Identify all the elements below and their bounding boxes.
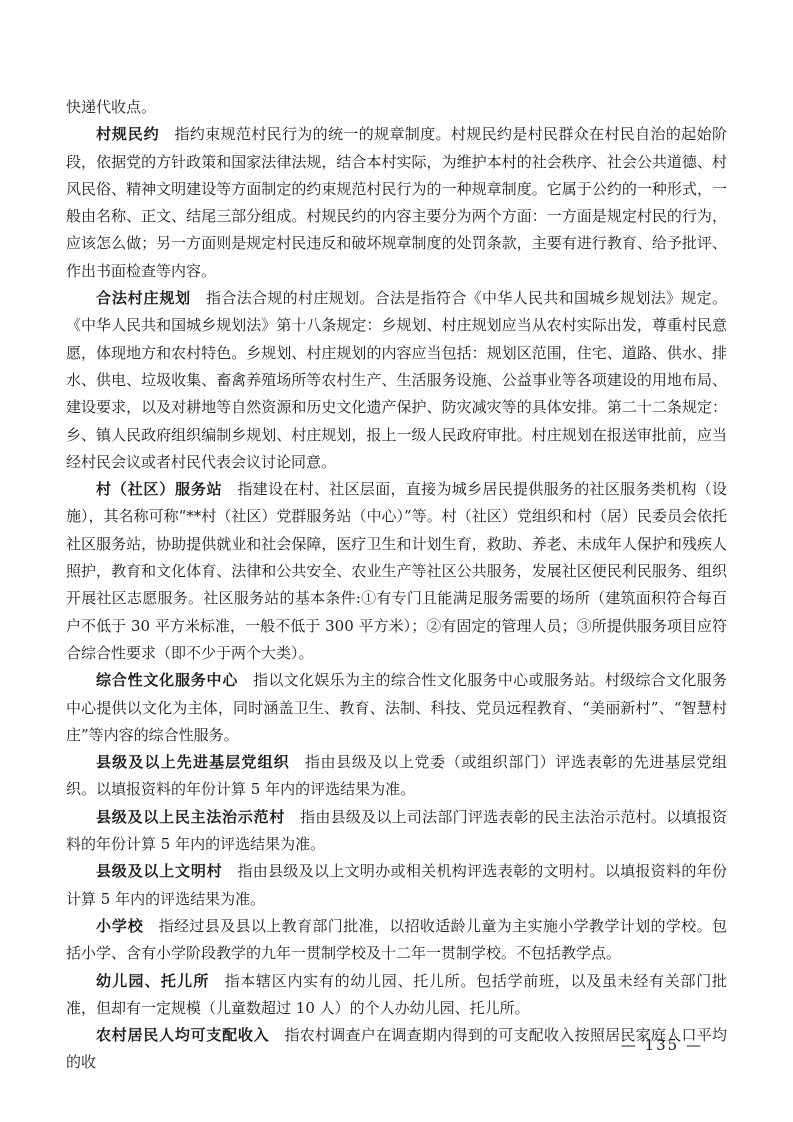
definition-paragraph: 合法村庄规划指合法合规的村庄规划。合法是指符合《中华人民共和国城乡规划法》规定。…	[66, 285, 727, 476]
paragraph-text: 快递代收点。	[66, 98, 156, 116]
term-label: 合法村庄规划	[96, 289, 191, 307]
paragraph-text: 指经过县及县以上教育部门批准，以招收适龄儿童为主实施小学教学计划的学校。包括小学…	[66, 917, 727, 962]
paragraph-text: 指建设在村、社区层面，直接为城乡居民提供服务的社区服务类机构（设施），其名称可称…	[66, 480, 727, 662]
definition-paragraph: 县级及以上文明村指由县级及以上文明办或相关机构评选表彰的文明村。以填报资料的年份…	[66, 858, 727, 913]
continuation-paragraph: 快递代收点。	[66, 94, 727, 121]
definition-paragraph: 幼儿园、托儿所指本辖区内实有的幼儿园、托儿所。包括学前班，以及虽未经有关部门批准…	[66, 968, 727, 1023]
definition-paragraph: 村规民约指约束规范村民行为的统一的规章制度。村规民约是村民群众在村民自治的起始阶…	[66, 121, 727, 285]
paragraph-text: 指约束规范村民行为的统一的规章制度。村规民约是村民群众在村民自治的起始阶段，依据…	[66, 125, 727, 279]
definitions-text-block: 快递代收点。 村规民约指约束规范村民行为的统一的规章制度。村规民约是村民群众在村…	[66, 94, 727, 1077]
page-number: — 135 —	[621, 1036, 703, 1054]
term-label: 幼儿园、托儿所	[96, 972, 210, 990]
definition-paragraph: 县级及以上民主法治示范村指由县级及以上司法部门评选表彰的民主法治示范村。以填报资…	[66, 804, 727, 859]
paragraph-text: 指合法合规的村庄规划。合法是指符合《中华人民共和国城乡规划法》规定。《中华人民共…	[66, 289, 727, 471]
term-label: 村（社区）服务站	[96, 480, 222, 498]
term-label: 小学校	[96, 917, 144, 935]
definition-paragraph: 县级及以上先进基层党组织指由县级及以上党委（或组织部门）评选表彰的先进基层党组织…	[66, 749, 727, 804]
definition-paragraph: 村（社区）服务站指建设在村、社区层面，直接为城乡居民提供服务的社区服务类机构（设…	[66, 476, 727, 667]
term-label: 村规民约	[96, 125, 159, 143]
definition-paragraph: 综合性文化服务中心指以文化娱乐为主的综合性文化服务中心或服务站。村级综合文化服务…	[66, 667, 727, 749]
term-label: 综合性文化服务中心	[96, 671, 238, 689]
term-label: 县级及以上先进基层党组织	[96, 753, 290, 771]
term-label: 农村居民人均可支配收入	[96, 1026, 269, 1044]
definition-paragraph: 小学校指经过县及县以上教育部门批准，以招收适龄儿童为主实施小学教学计划的学校。包…	[66, 913, 727, 968]
document-page: 快递代收点。 村规民约指约束规范村民行为的统一的规章制度。村规民约是村民群众在村…	[0, 0, 793, 1122]
term-label: 县级及以上文明村	[96, 862, 222, 880]
term-label: 县级及以上民主法治示范村	[96, 808, 285, 826]
